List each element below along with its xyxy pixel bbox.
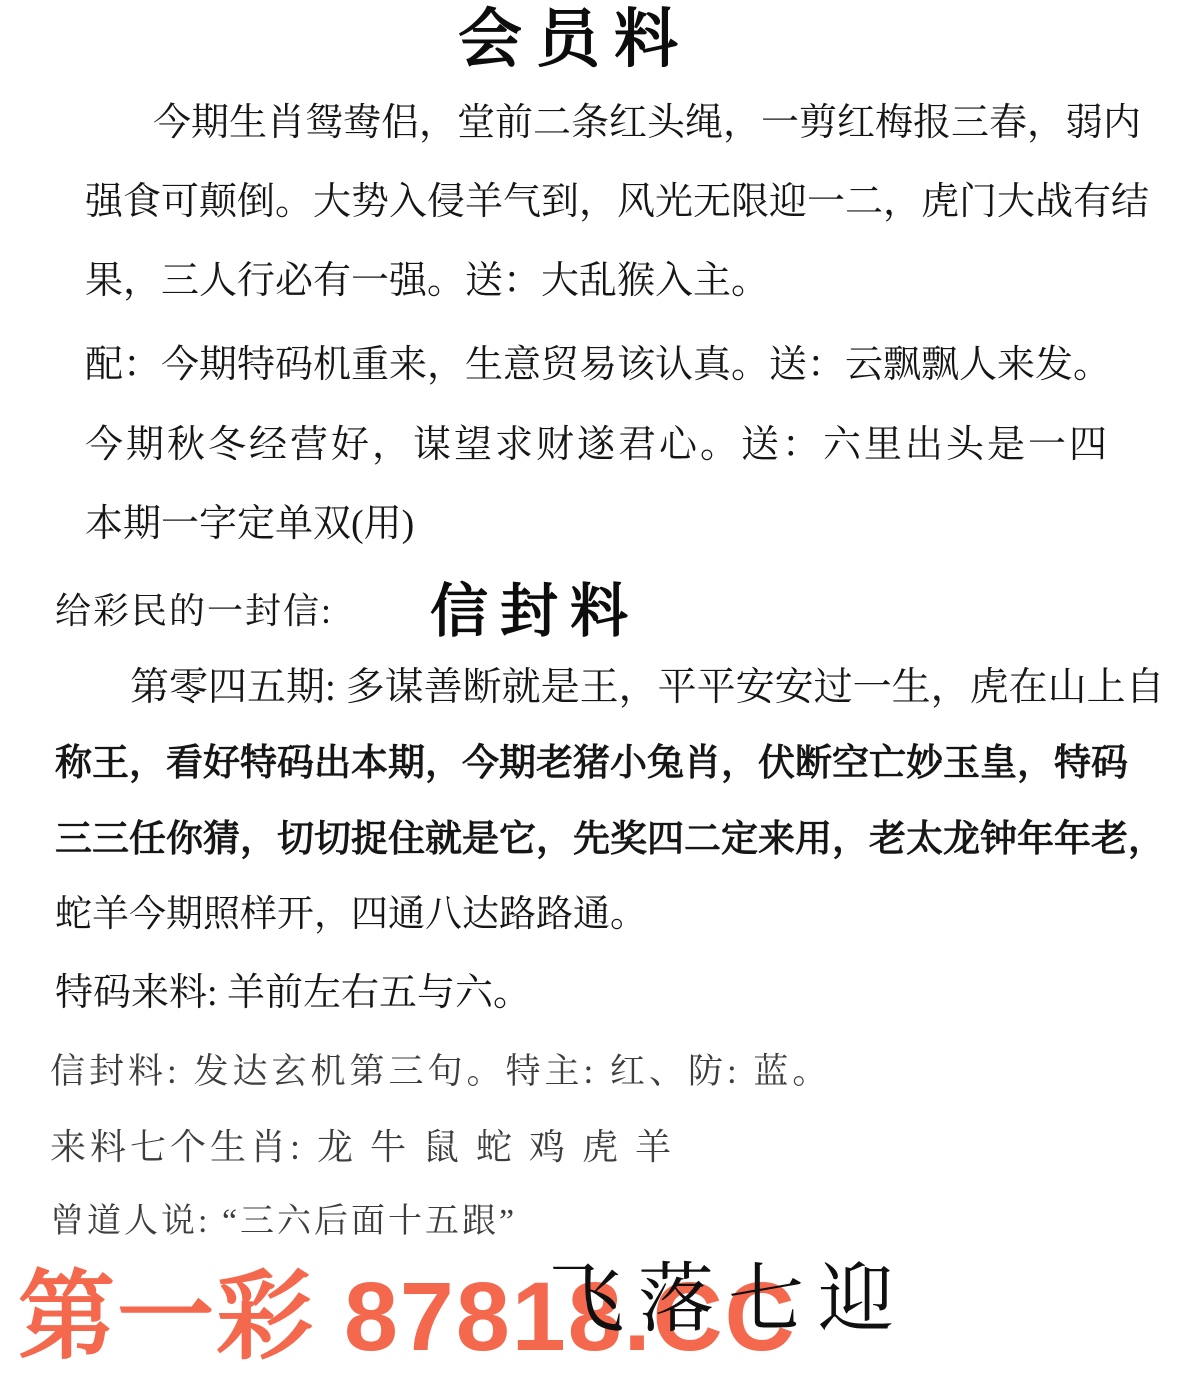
zodiac-list-line: 来料七个生肖: 龙 牛 鼠 蛇 鸡 虎 羊 [50, 1129, 675, 1165]
member-autumn-line: 今期秋冬经营好，谋望求财遂君心。送：六里出头是一四 [85, 426, 1110, 464]
member-paragraph-line-1: 今期生肖鸳鸯侣，堂前二条红头绳，一剪红梅报三春，弱内 [153, 104, 1141, 142]
member-paragraph-line-2: 强食可颠倒。大势入侵羊气到，风光无限迎一二，虎门大战有结 [85, 183, 1149, 221]
zengdaoren-quote-line: 曾道人说: “三六后面十五跟” [50, 1205, 517, 1239]
next-section-title: 飞落七迎 [548, 1262, 908, 1338]
member-danshuang-line: 本期一字定单双(用) [85, 505, 414, 543]
envelope-paragraph-line-1: 第零四五期: 多谋善断就是王，平平安安过一生，虎在山上自 [130, 668, 1165, 707]
xinfeng-hint-line: 信封料: 发达玄机第三句。特主: 红、防: 蓝。 [50, 1054, 831, 1089]
lottery-tip-sheet: 会员料 今期生肖鸳鸯侣，堂前二条红头绳，一剪红梅报三春，弱内 强食可颠倒。大势入… [0, 0, 1198, 1388]
member-section-title: 会员料 [458, 8, 692, 72]
envelope-paragraph-line-3: 三三任你猜，切切捉住就是它，先奖四二定来用，老太龙钟年年老， [55, 821, 1165, 858]
member-pei-line: 配：今期特码机重来，生意贸易该认真。送：云飘飘人来发。 [85, 346, 1111, 384]
member-paragraph-line-3: 果，三人行必有一强。送：大乱猴入主。 [85, 262, 769, 300]
envelope-paragraph-line-4: 蛇羊今期照样开，四通八达路路通。 [55, 896, 647, 933]
envelope-paragraph-line-2: 称王，看好特码出本期，今期老猪小兔肖，伏断空亡妙玉皇，特码 [55, 745, 1128, 782]
envelope-section-title: 信封料 [430, 583, 640, 641]
tema-material-line: 特码来料: 羊前左右五与六。 [55, 974, 531, 1012]
letter-to-punters-label: 给彩民的一封信: [55, 593, 333, 629]
